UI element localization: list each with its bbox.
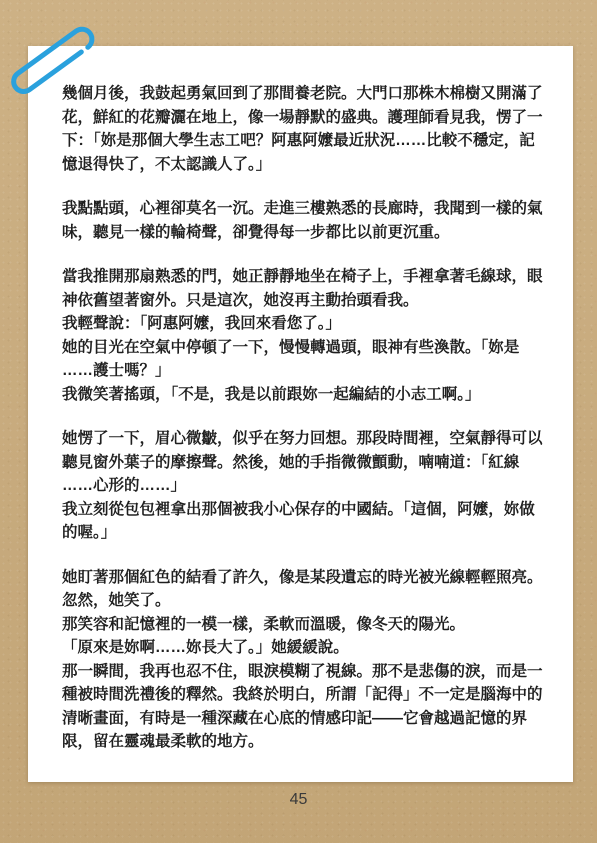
paragraph: 她愣了一下，眉心微皺，似乎在努力回想。那段時間裡，空氣靜得可以聽見窗外葉子的摩擦…	[62, 427, 544, 545]
paragraph: 當我推開那扇熟悉的門，她正靜靜地坐在椅子上，手裡拿著毛線球，眼神依舊望著窗外。只…	[62, 265, 544, 406]
text-line: 幾個月後，我鼓起勇氣回到了那間養老院。大門口那株木棉樹又開滿了	[62, 82, 544, 106]
text-line: 我輕聲說：「阿惠阿嬤，我回來看您了。」	[62, 312, 544, 336]
text-line: 那一瞬間，我再也忍不住，眼淚模糊了視線。那不是悲傷的淚，而是一	[62, 660, 544, 684]
text-line: ……護士嗎？」	[62, 359, 544, 383]
text-line: 忽然，她笑了。	[62, 589, 544, 613]
text-line: 限，留在靈魂最柔軟的地方。	[62, 730, 544, 754]
paragraph: 幾個月後，我鼓起勇氣回到了那間養老院。大門口那株木棉樹又開滿了花，鮮紅的花瓣灑在…	[62, 82, 544, 176]
text-line: 她愣了一下，眉心微皺，似乎在努力回想。那段時間裡，空氣靜得可以	[62, 427, 544, 451]
paragraph: 我點點頭，心裡卻莫名一沉。走進三樓熟悉的長廊時，我聞到一樣的氣味，聽見一樣的輪椅…	[62, 197, 544, 244]
text-line: ……心形的……」	[62, 474, 544, 498]
text-line: 下：「妳是那個大學生志工吧？阿惠阿嬤最近狀況……比較不穩定，記	[62, 129, 544, 153]
text-line: 她盯著那個紅色的結看了許久，像是某段遺忘的時光被光線輕輕照亮。	[62, 566, 544, 590]
text-line: 憶退得快了，不太認識人了。」	[62, 153, 544, 177]
text-line: 清晰畫面，有時是一種深藏在心底的情感印記——它會越過記憶的界	[62, 707, 544, 731]
paragraph: 她盯著那個紅色的結看了許久，像是某段遺忘的時光被光線輕輕照亮。忽然，她笑了。那笑…	[62, 566, 544, 754]
text-line: 神依舊望著窗外。只是這次，她沒再主動抬頭看我。	[62, 289, 544, 313]
paper-page: 幾個月後，我鼓起勇氣回到了那間養老院。大門口那株木棉樹又開滿了花，鮮紅的花瓣灑在…	[28, 46, 573, 782]
story-text: 幾個月後，我鼓起勇氣回到了那間養老院。大門口那株木棉樹又開滿了花，鮮紅的花瓣灑在…	[62, 82, 544, 775]
text-line: 我立刻從包包裡拿出那個被我小心保存的中國結。「這個，阿嬤，妳做	[62, 498, 544, 522]
page-number: 45	[0, 791, 597, 809]
text-line: 我微笑著搖頭，「不是，我是以前跟妳一起編結的小志工啊。」	[62, 383, 544, 407]
text-line: 聽見窗外葉子的摩擦聲。然後，她的手指微微顫動，喃喃道：「紅線	[62, 451, 544, 475]
text-line: 的喔。」	[62, 521, 544, 545]
text-line: 花，鮮紅的花瓣灑在地上，像一場靜默的盛典。護理師看見我，愣了一	[62, 106, 544, 130]
text-line: 當我推開那扇熟悉的門，她正靜靜地坐在椅子上，手裡拿著毛線球，眼	[62, 265, 544, 289]
text-line: 種被時間洗禮後的釋然。我終於明白，所謂「記得」不一定是腦海中的	[62, 683, 544, 707]
text-line: 她的目光在空氣中停頓了一下，慢慢轉過頭，眼神有些渙散。「妳是	[62, 336, 544, 360]
text-line: 「原來是妳啊……妳長大了。」她緩緩說。	[62, 636, 544, 660]
kraft-background: 幾個月後，我鼓起勇氣回到了那間養老院。大門口那株木棉樹又開滿了花，鮮紅的花瓣灑在…	[0, 0, 597, 843]
text-line: 那笑容和記憶裡的一模一樣，柔軟而溫暖，像冬天的陽光。	[62, 613, 544, 637]
text-line: 我點點頭，心裡卻莫名一沉。走進三樓熟悉的長廊時，我聞到一樣的氣	[62, 197, 544, 221]
text-line: 味，聽見一樣的輪椅聲，卻覺得每一步都比以前更沉重。	[62, 221, 544, 245]
